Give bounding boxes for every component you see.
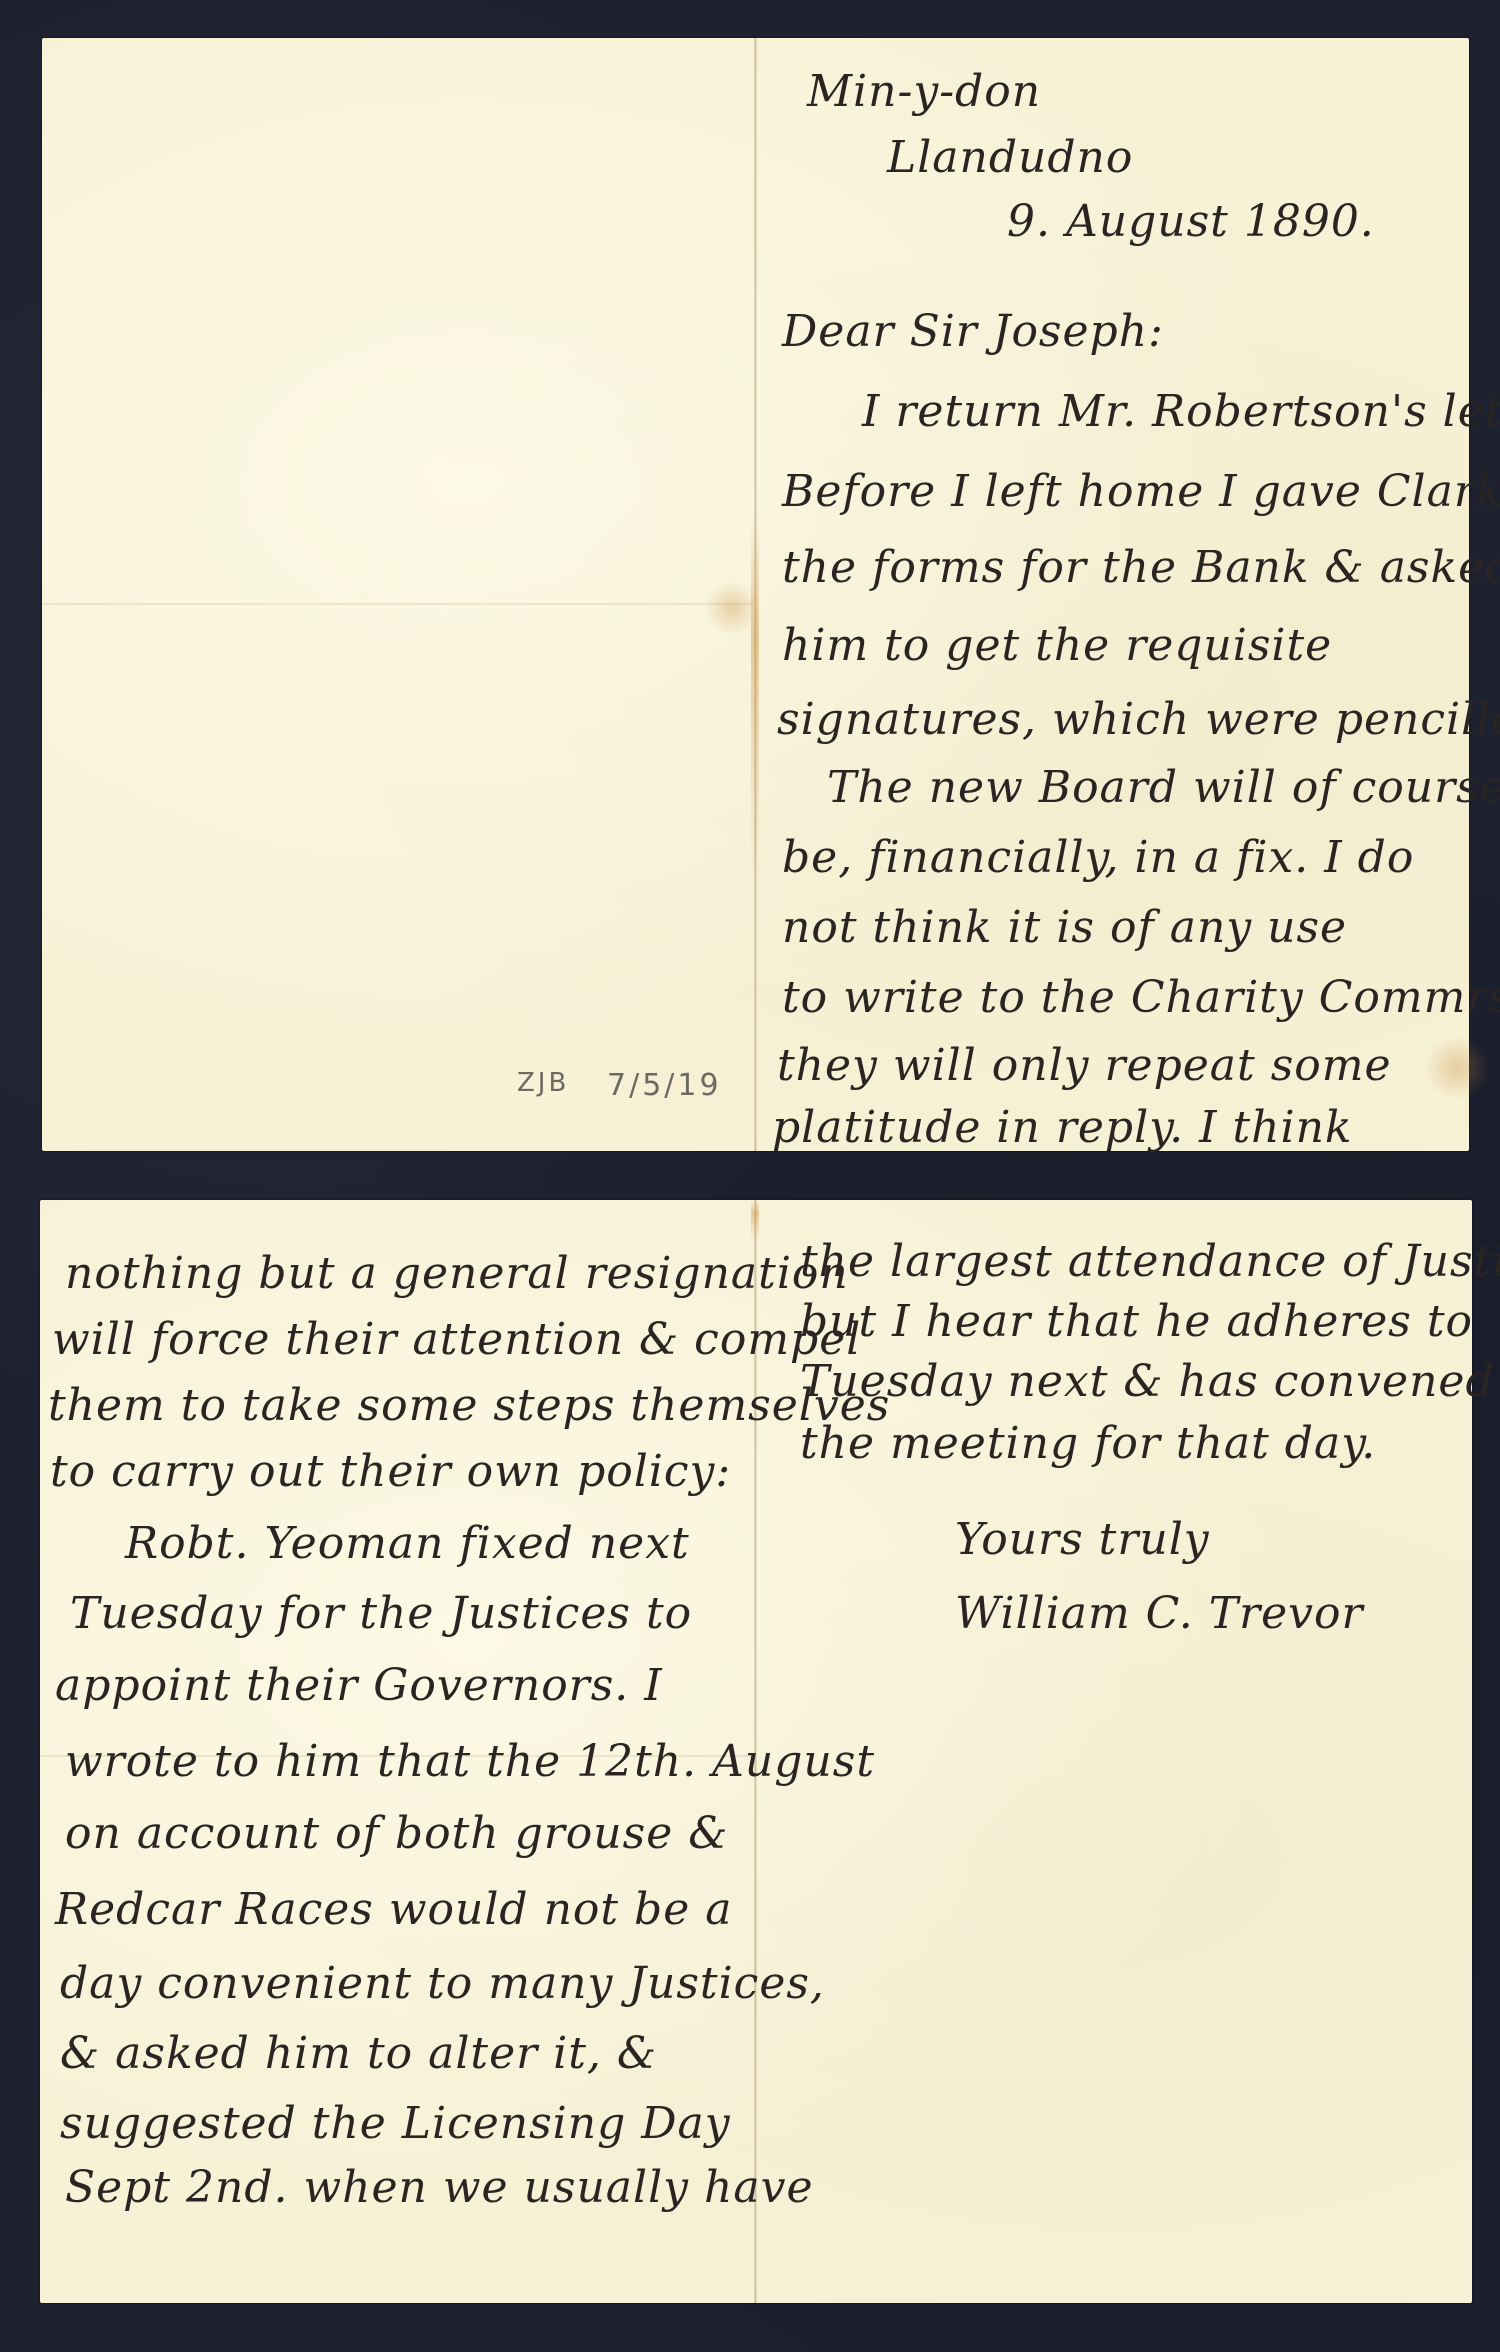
letter-line: not think it is of any use — [782, 906, 1347, 950]
letter-line: will force their attention & compel — [52, 1318, 861, 1362]
page-2-right: the largest attendance of Justices but I… — [755, 1200, 1472, 2303]
letter-sheet-bottom: nothing but a general resignation will f… — [40, 1200, 1472, 2303]
archival-date: 7/5/19 — [607, 1068, 722, 1103]
letter-line: Before I left home I gave Clarke — [782, 470, 1500, 514]
letter-line: on account of both grouse & — [65, 1812, 728, 1856]
letter-line: Sept 2nd. when we usually have — [65, 2166, 813, 2210]
letter-line: the meeting for that day. — [800, 1422, 1376, 1466]
letter-line: Tuesday for the Justices to — [70, 1592, 692, 1636]
address-line-1: Min-y-don — [807, 70, 1041, 114]
letter-line: the largest attendance of Justices — [800, 1240, 1500, 1284]
letter-line: be, financially, in a fix. I do — [782, 836, 1414, 880]
letter-line: day convenient to many Justices, — [60, 1962, 825, 2006]
letter-line: Tuesday next & has convened — [800, 1360, 1495, 1404]
letter-date: 9. August 1890. — [1007, 200, 1375, 244]
letter-line: & asked him to alter it, & — [60, 2032, 657, 2076]
letter-line: Redcar Races would not be a — [55, 1888, 732, 1932]
letter-line: they will only repeat some — [777, 1044, 1392, 1088]
page-2-left: nothing but a general resignation will f… — [40, 1200, 752, 2303]
letter-line: to write to the Charity Commrs. — [782, 976, 1500, 1020]
letter-line: platitude in reply. I think — [772, 1106, 1353, 1150]
letter-line: I return Mr. Robertson's letter — [862, 390, 1500, 434]
address-line-2: Llandudno — [887, 136, 1133, 180]
letter-line: wrote to him that the 12th. August — [65, 1740, 875, 1784]
letter-line: him to get the requisite — [782, 624, 1332, 668]
letter-line: The new Board will of course — [827, 766, 1500, 810]
letter-line: the forms for the Bank & asked — [782, 546, 1500, 590]
salutation: Dear Sir Joseph: — [782, 310, 1164, 354]
letter-line: Robt. Yeoman fixed next — [125, 1522, 690, 1566]
letter-line: signatures, which were pencilled. — [777, 698, 1500, 742]
letter-line: suggested the Licensing Day — [60, 2102, 731, 2146]
letter-sheet-top: ZJB 7/5/19 Min-y-don Llandudno 9. August… — [42, 38, 1469, 1151]
letter-line: appoint their Governors. I — [55, 1664, 663, 1708]
signature: William C. Trevor — [955, 1592, 1364, 1636]
letter-line: but I hear that he adheres to — [800, 1300, 1473, 1344]
page-1-right: Min-y-don Llandudno 9. August 1890. Dear… — [757, 38, 1469, 1151]
page-1-left: ZJB 7/5/19 — [42, 38, 754, 1151]
archival-initials: ZJB — [517, 1068, 569, 1098]
closing: Yours truly — [955, 1518, 1210, 1562]
letter-line: to carry out their own policy: — [50, 1450, 731, 1494]
letter-line: nothing but a general resignation — [65, 1252, 849, 1296]
